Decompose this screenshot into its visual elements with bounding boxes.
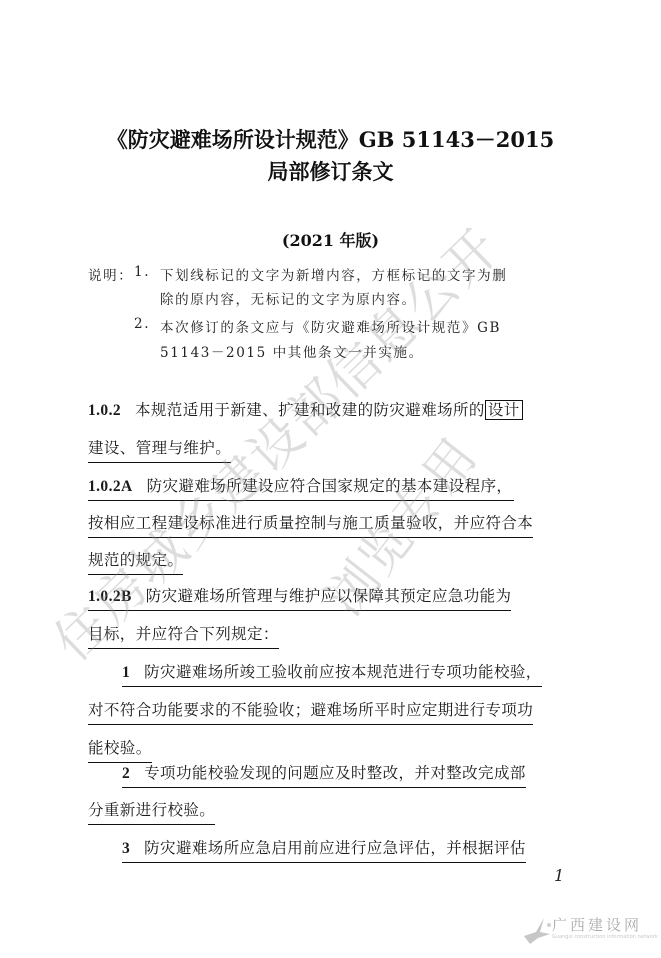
edition-label: (2021 年版) — [0, 228, 661, 251]
added-text: 分重新进行校验。 — [88, 801, 215, 825]
clause-number: 1.0.2B — [88, 588, 132, 605]
site-logo: 广西建设网 Guangxi construction information n… — [522, 912, 656, 946]
page-number: 1 — [554, 866, 564, 885]
logo-name: 广西建设网 — [552, 914, 642, 935]
clause-text: 本规范适用于新建、扩建和改建的防灾避难场所的 — [135, 401, 485, 419]
clause-number: 1.0.2A — [88, 478, 133, 495]
item-3-line1: 3防灾避难场所应急启用前应进行应急评估，并根据评估 — [122, 836, 526, 858]
added-text: 2专项功能校验发现的问题应及时整改，并对整改完成部 — [122, 764, 526, 788]
added-text: 规范的规定。 — [88, 551, 183, 575]
document-page: 《防灾避难场所设计规范》GB 51143－2015 局部修订条文 (2021 年… — [0, 0, 661, 958]
clause-number: 1.0.2 — [88, 402, 121, 419]
note-1-line1: 下划线标记的文字为新增内容，方框标记的文字为删 — [160, 264, 507, 284]
document-title-line2: 局部修订条文 — [0, 156, 661, 186]
note-1-line2: 除的原内容，无标记的文字为原内容。 — [160, 288, 417, 308]
added-text: 对不符合功能要求的不能验收；避难场所平时应定期进行专项功 — [88, 701, 533, 725]
note-2-line2: 51143－2015 中其他条文一并实施。 — [160, 341, 424, 361]
note-2-number: 2. — [134, 316, 150, 332]
logo-subtitle: Guangxi construction information network — [552, 934, 658, 940]
deleted-text-box: 设计 — [485, 400, 523, 420]
added-text: 3防灾避难场所应急启用前应进行应急评估，并根据评估 — [122, 839, 526, 863]
clause-1-0-2-line2: 建设、管理与维护。 — [88, 436, 231, 458]
item-number: 3 — [122, 840, 130, 857]
added-text: 1.0.2A防灾避难场所建设应符合国家规定的基本建设程序， — [88, 477, 514, 501]
added-text: 目标，并应符合下列规定： — [88, 625, 279, 649]
item-2-line2: 分重新进行校验。 — [88, 798, 215, 820]
document-title-line1: 《防灾避难场所设计规范》GB 51143－2015 — [0, 124, 661, 154]
item-number: 1 — [122, 664, 130, 681]
clause-1-0-2A-line1: 1.0.2A防灾避难场所建设应符合国家规定的基本建设程序， — [88, 474, 514, 496]
clause-1-0-2B-line2: 目标，并应符合下列规定： — [88, 622, 279, 644]
added-text: 建设、管理与维护。 — [88, 439, 231, 463]
added-text: 能校验。 — [88, 739, 152, 763]
item-number: 2 — [122, 765, 130, 782]
notes-label: 说明： — [88, 264, 133, 284]
clause-1-0-2A-line2: 按相应工程建设标准进行质量控制与施工质量验收，并应符合本 — [88, 511, 533, 533]
item-1-line3: 能校验。 — [88, 736, 152, 758]
note-1-number: 1. — [134, 264, 150, 280]
added-text: 按相应工程建设标准进行质量控制与施工质量验收，并应符合本 — [88, 514, 533, 538]
item-2-line1: 2专项功能校验发现的问题应及时整改，并对整改完成部 — [122, 761, 526, 783]
item-1-line1: 1防灾避难场所竣工验收前应按本规范进行专项功能校验， — [122, 660, 542, 682]
clause-1-0-2B-line1: 1.0.2B防灾避难场所管理与维护应以保障其预定应急功能为 — [88, 584, 511, 606]
star-logo-icon — [522, 912, 552, 946]
added-text: 1防灾避难场所竣工验收前应按本规范进行专项功能校验， — [122, 663, 542, 687]
note-2-line1: 本次修订的条文应与《防灾避难场所设计规范》GB — [160, 316, 501, 336]
clause-1-0-2A-line3: 规范的规定。 — [88, 548, 183, 570]
added-text: 1.0.2B防灾避难场所管理与维护应以保障其预定应急功能为 — [88, 587, 511, 611]
item-1-line2: 对不符合功能要求的不能验收；避难场所平时应定期进行专项功 — [88, 698, 533, 720]
clause-1-0-2: 1.0.2本规范适用于新建、扩建和改建的防灾避难场所的设计 — [88, 398, 523, 420]
